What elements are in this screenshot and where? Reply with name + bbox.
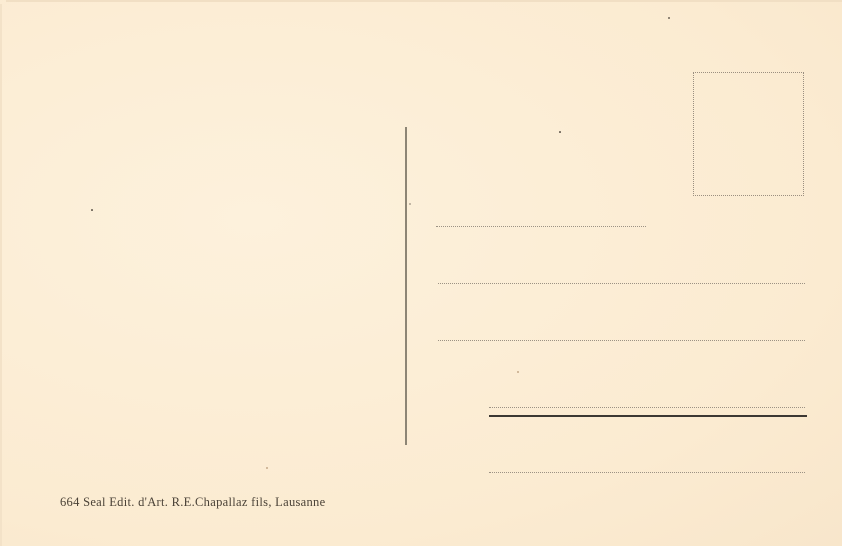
postcard-back: 664 Seal Edit. d'Art. R.E.Chapallaz fils… <box>0 0 842 546</box>
card-edge-left <box>0 4 2 546</box>
address-line-1 <box>436 226 646 227</box>
paper-speck <box>409 203 411 205</box>
paper-speck <box>559 131 561 133</box>
paper-speck <box>517 371 519 373</box>
paper-speck <box>668 17 670 19</box>
address-underline <box>489 415 807 417</box>
card-edge-top <box>6 0 842 2</box>
publisher-imprint: 664 Seal Edit. d'Art. R.E.Chapallaz fils… <box>60 495 325 510</box>
address-line-2 <box>438 283 805 284</box>
stamp-placeholder-box <box>693 72 804 196</box>
paper-speck <box>91 209 93 211</box>
address-line-4 <box>489 407 805 408</box>
paper-speck <box>266 467 268 469</box>
center-divider-line <box>405 127 407 445</box>
address-line-3 <box>438 340 805 341</box>
address-line-5 <box>489 472 805 473</box>
